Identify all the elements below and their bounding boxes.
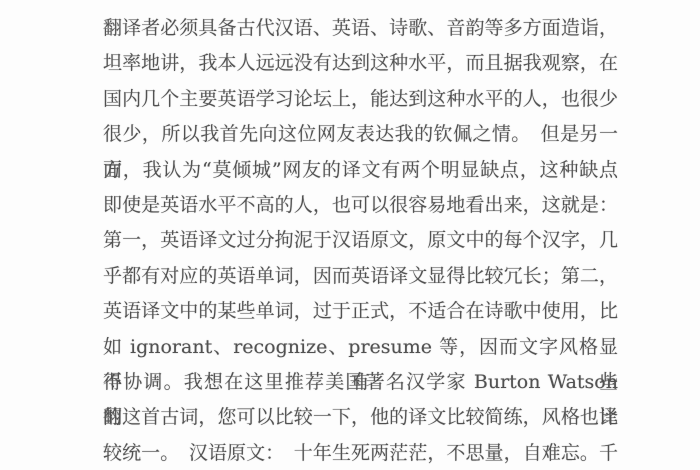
text-line: 坦率地讲，我本人远远没有达到这种水平，而且据我观察，在 xyxy=(103,46,618,81)
text-line: 的这首古词，您可以比较一下，他的译文比较简练，风格也比 xyxy=(103,400,618,435)
text-line: 国内几个主要英语学习论坛上，能达到这种水平的人，也很少 xyxy=(103,82,618,117)
text-line: 不协调。我想在这里推荐美国著名汉学家 Burton Watson 翻译 xyxy=(103,365,618,400)
text-line: 很少，所以我首先向这位网友表达我的钦佩之情。 但是另一方 xyxy=(103,117,618,152)
text-line: 第一，英语译文过分拘泥于汉语原文，原文中的每个汉字，几 xyxy=(103,223,618,258)
text-line: 英语译文中的某些单词，过于正式，不适合在诗歌中使用，比 xyxy=(103,294,618,329)
text-line: 翻译者必须具备古代汉语、英语、诗歌、音韵等多方面造诣， xyxy=(103,11,618,46)
document-page: 翻译者必须具备古代汉语、英语、诗歌、音韵等多方面造诣， 坦率地讲，我本人远远没有… xyxy=(0,0,700,470)
text-line: 较统一。 汉语原文： 十年生死两茫茫，不思量，自难忘。千 xyxy=(103,436,618,470)
text-line: 乎都有对应的英语单词，因而英语译文显得比较冗长；第二， xyxy=(103,259,618,294)
document-text-block: 翻译者必须具备古代汉语、英语、诗歌、音韵等多方面造诣， 坦率地讲，我本人远远没有… xyxy=(103,11,618,470)
text-line: 面，我认为“莫倾城”网友的译文有两个明显缺点，这种缺点 xyxy=(103,153,618,188)
text-line: 如 ignorant、recognize、presume 等，因而文字风格显得有… xyxy=(103,330,618,365)
text-line: 即使是英语水平不高的人，也可以很容易地看出来，这就是： xyxy=(103,188,618,223)
